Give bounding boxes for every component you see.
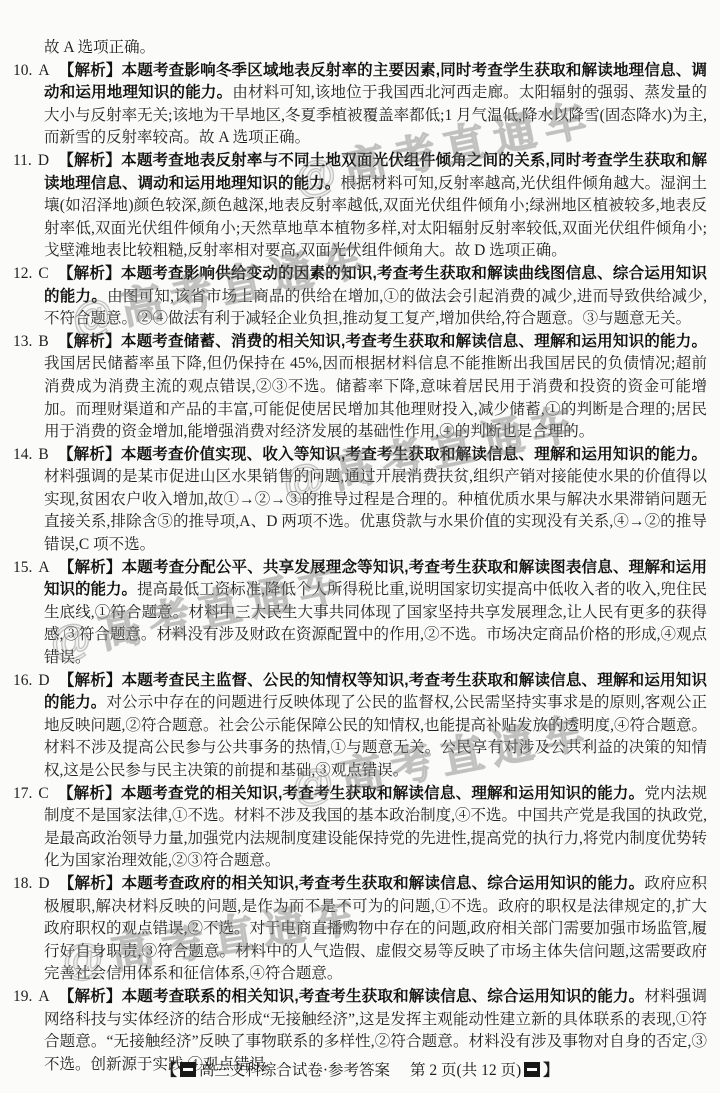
answer-item-13: 13.B【解析】本题考查储蓄、消费的相关知识,考查考生获取和解读信息、理解和运用…	[13, 331, 707, 444]
answer-letter: A	[38, 559, 49, 576]
answer-letter: D	[38, 875, 49, 892]
answer-item-12: 12.C【解析】本题考查影响供给变动的因素的知识,考查考生获取和解读曲线图信息、…	[13, 263, 707, 331]
analysis-text: 由图可知,该省市场上商品的供给在增加,①的做法会引起消费的减少,进而导致供给减少…	[44, 288, 707, 328]
answer-item-18: 18.D【解析】本题考查政府的相关知识,考查考生获取和解读信息、综合运用知识的能…	[13, 873, 707, 986]
analysis-heading: 【解析】本题考查联系的相关知识,考查考生获取和解读信息、综合运用知识的能力。	[59, 988, 645, 1005]
question-number: 10.	[13, 62, 32, 79]
question-number: 13.	[13, 333, 32, 350]
page-footer: 【高三文科综合试卷·参考答案第 2 页(共 12 页)】	[0, 1058, 720, 1080]
footer-mark-icon	[524, 1062, 540, 1077]
document-page: @高考直通车 @高考直通车 @高考直通车 @高考直通车 @高考直通车 @高考直通…	[0, 0, 720, 1093]
analysis-heading: 【解析】本题考查党的相关知识,考查考生获取和解读信息、理解和运用知识的能力。	[58, 785, 645, 802]
analysis-text: 我国居民储蓄率虽下降,但仍保持在 45%,因而根据材料信息不能推断出我国居民的负…	[44, 355, 707, 440]
question-number: 17.	[13, 785, 32, 802]
answer-item-14: 14.B【解析】本题考查价值实现、收入等知识,考查考生获取和解读信息、理解和运用…	[13, 444, 707, 557]
answer-item-11: 11.D【解析】本题考查地表反射率与不同土地双面光伏组件倾角之间的关系,同时考查…	[13, 150, 707, 263]
question-number: 12.	[13, 265, 32, 282]
question-number: 15.	[13, 559, 32, 576]
analysis-text: 对公示中存在的问题进行反映体现了公民的监督权,公民需坚持实事求是的原则,客观公正…	[44, 694, 707, 779]
analysis-heading: 【解析】本题考查价值实现、收入等知识,考查考生获取和解读信息、理解和运用知识的能…	[58, 446, 707, 463]
analysis-text: 提高最低工资标准,降低个人所得税比重,说明国家切实提高中低收入者的收入,兜住民生…	[44, 581, 707, 666]
answer-letter: B	[38, 333, 48, 350]
question-number: 16.	[13, 672, 32, 689]
question-number: 19.	[13, 988, 32, 1005]
question-number: 11.	[13, 152, 32, 169]
answer-letter: A	[38, 62, 49, 79]
question-number: 14.	[13, 446, 32, 463]
footer-mark-icon	[180, 1062, 196, 1077]
analysis-text: 材料强调的是某市促进山区水果销售的问题,通过开展消费扶贫,组织产销对接能使水果的…	[44, 468, 707, 553]
footer-right-bracket: 】	[543, 1062, 559, 1079]
carryover-line: 故 A 选项正确。	[13, 37, 707, 60]
answer-letter: D	[38, 152, 49, 169]
footer-left-bracket: 【	[161, 1062, 177, 1079]
answer-letter: C	[38, 785, 48, 802]
answer-item-10: 10.A【解析】本题考查影响冬季区域地表反射率的主要因素,同时考查学生获取和解读…	[13, 60, 707, 150]
answer-item-16: 16.D【解析】本题考查民主监督、公民的知情权等知识,考查考生获取和解读信息、理…	[13, 670, 707, 783]
answer-letter: B	[38, 446, 48, 463]
answer-item-17: 17.C【解析】本题考查党的相关知识,考查考生获取和解读信息、理解和运用知识的能…	[13, 783, 707, 873]
question-number: 18.	[13, 875, 32, 892]
analysis-heading: 【解析】本题考查储蓄、消费的相关知识,考查考生获取和解读信息、理解和运用知识的能…	[58, 333, 707, 350]
answers-content: 故 A 选项正确。 10.A【解析】本题考查影响冬季区域地表反射率的主要因素,同…	[13, 37, 707, 1076]
answer-letter: C	[38, 265, 48, 282]
answer-letter: D	[38, 672, 49, 689]
answer-letter: A	[38, 988, 49, 1005]
analysis-heading: 【解析】本题考查政府的相关知识,考查考生获取和解读信息、综合运用知识的能力。	[59, 875, 645, 892]
footer-title: 高三文科综合试卷·参考答案	[199, 1062, 390, 1079]
footer-page-number: 第 2 页(共 12 页)	[410, 1062, 521, 1079]
answer-item-15: 15.A【解析】本题考查分配公平、共享发展理念等知识,考查考生获取和解读图表信息…	[13, 557, 707, 670]
